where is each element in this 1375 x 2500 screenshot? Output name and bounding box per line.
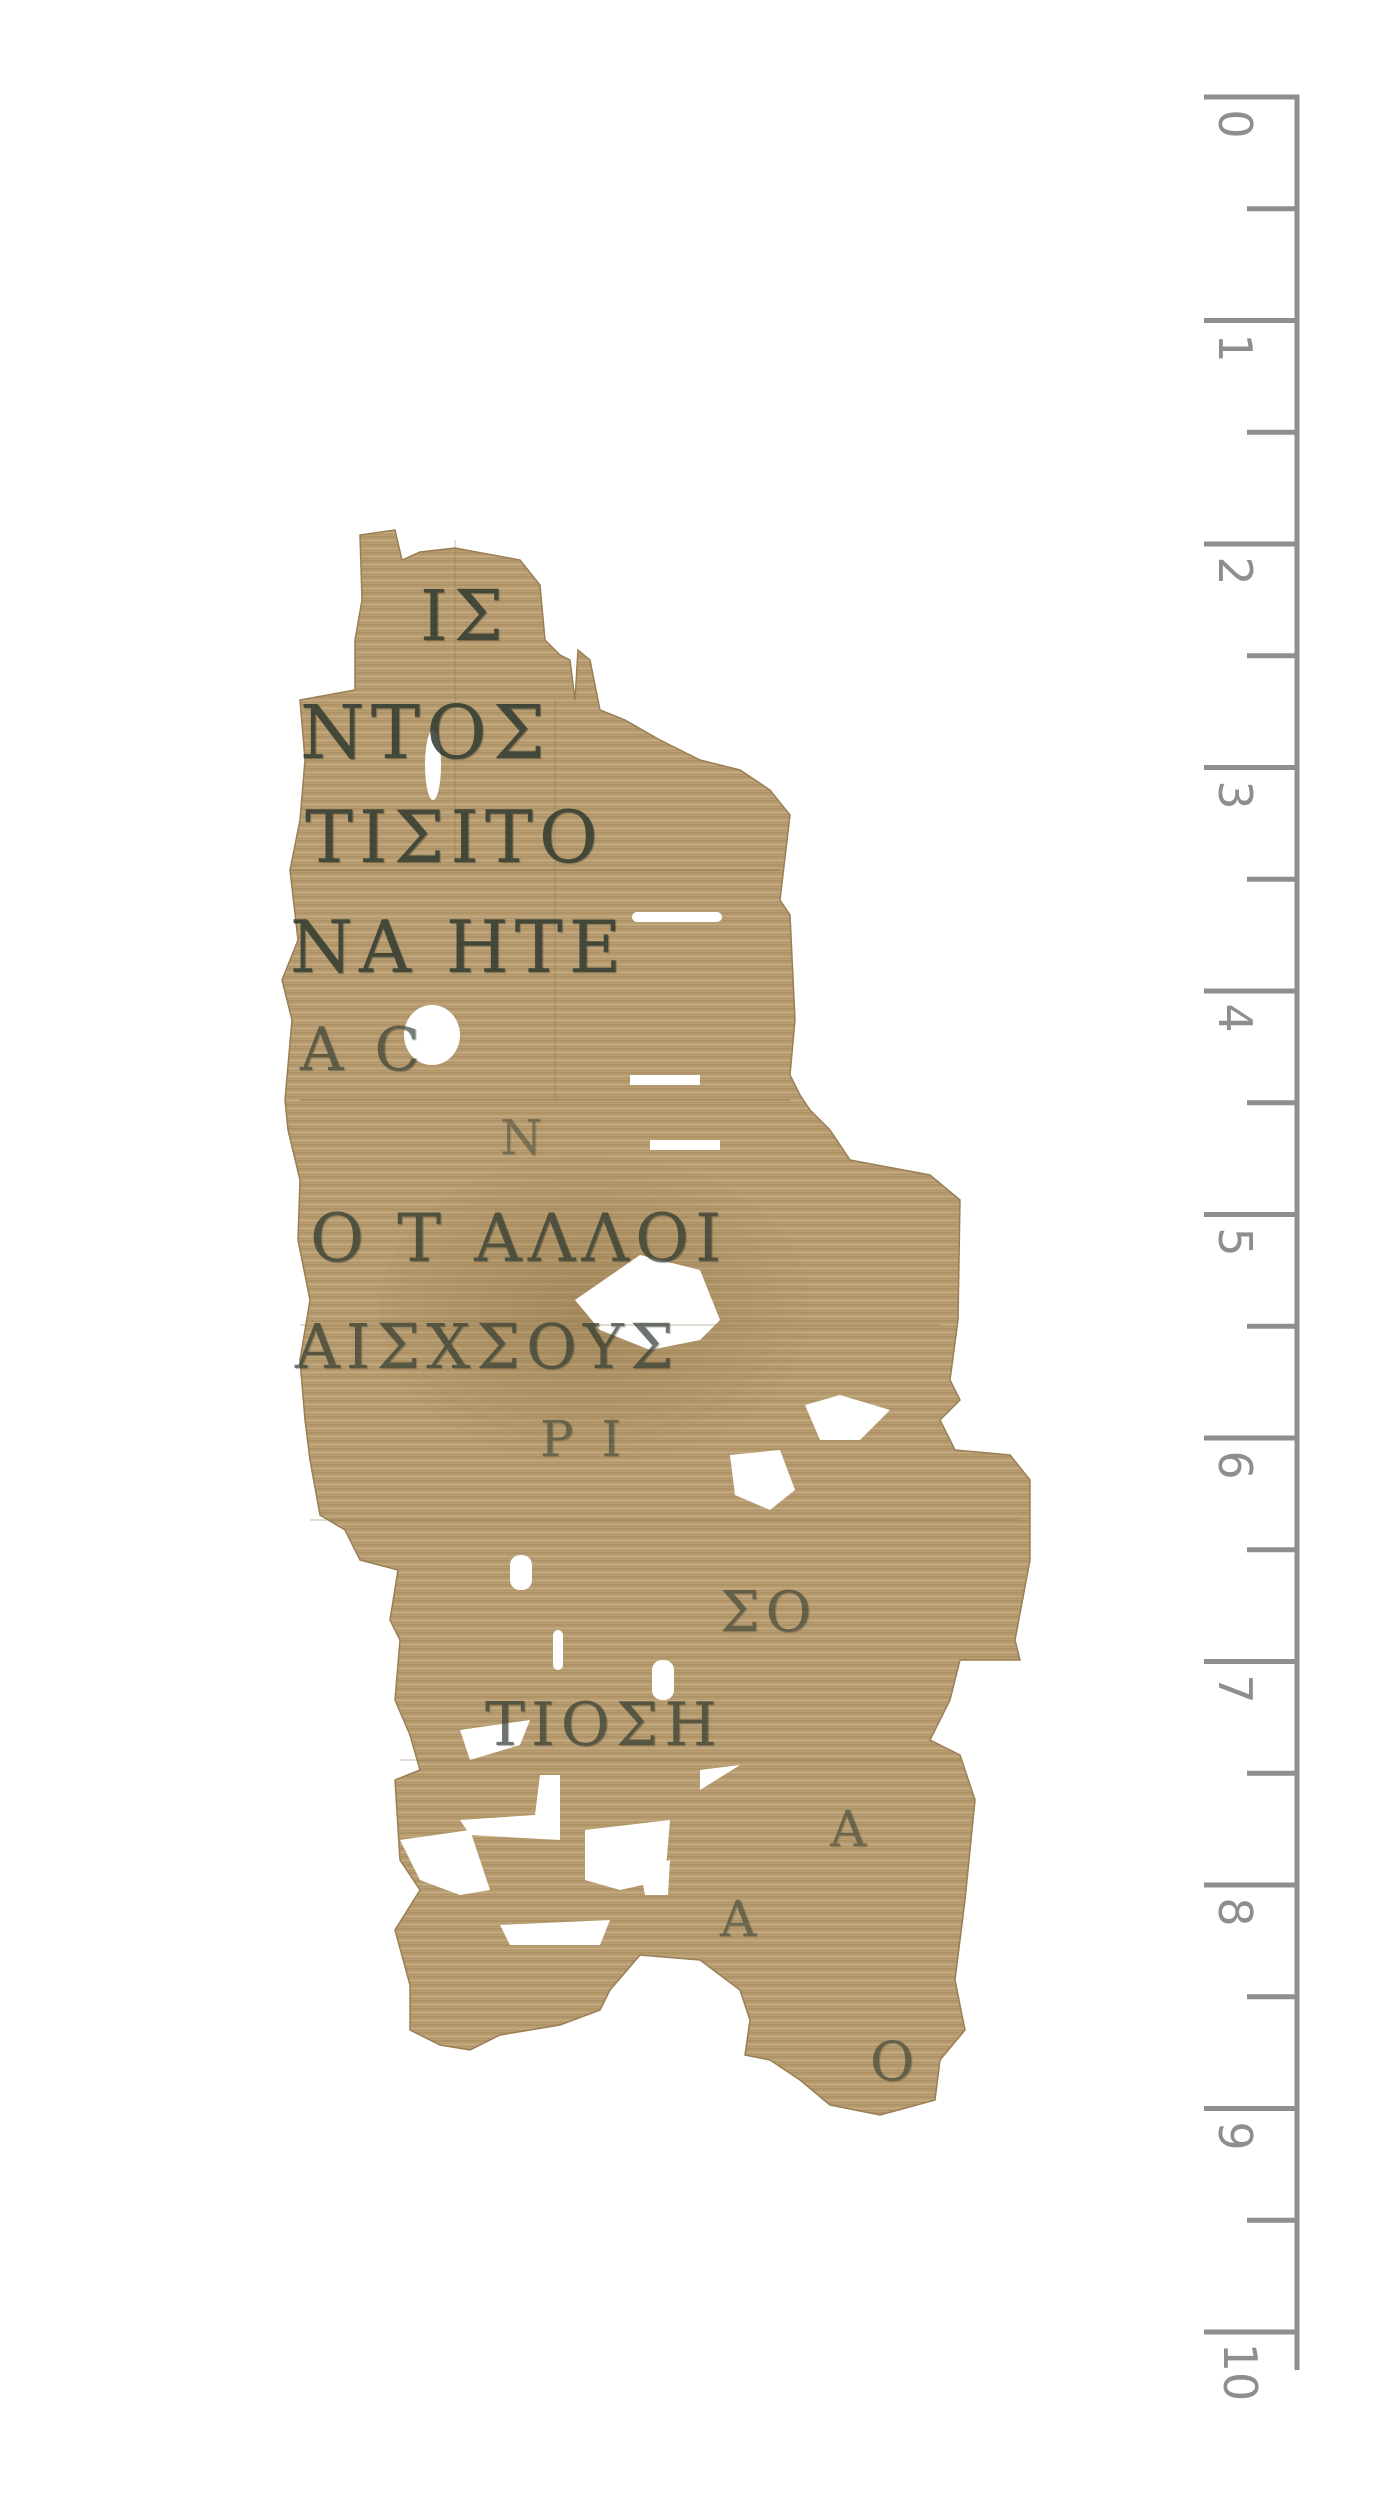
text-line-1: ΙΣ [420,575,509,657]
scan-canvas: ΙΣ ΝΤΟΣ ΤΙΣΙΤΟ ΝΑ ΗΤΕ Α Ϲ Ν Ο Τ ΑΛΛΟΙ ΑΙ… [0,0,1375,2500]
text-line-4: ΝΑ ΗΤΕ [290,905,627,989]
text-line-7: Ο Τ ΑΛΛΟΙ [310,1200,727,1277]
text-line-5: Α Ϲ [300,1015,426,1085]
text-line-11: ΤΙΟΣΗ [485,1690,723,1760]
text-line-6: Ν [500,1110,548,1166]
papyrus-fragment: ΙΣ ΝΤΟΣ ΤΙΣΙΤΟ ΝΑ ΗΤΕ Α Ϲ Ν Ο Τ ΑΛΛΟΙ ΑΙ… [0,0,1375,2500]
text-line-12: Α [830,1800,872,1858]
text-line-10: ΣΟ [720,1580,818,1645]
text-line-8: ΑΙΣΧΣΟΥΣ [295,1310,680,1383]
text-line-2: ΝΤΟΣ [300,690,551,776]
text-line-3: ΤΙΣΙΤΟ [305,795,604,879]
text-line-13: Α [720,1890,762,1948]
text-line-14: Ο [870,2030,920,2093]
text-line-9: Ρ Ι [540,1410,627,1468]
